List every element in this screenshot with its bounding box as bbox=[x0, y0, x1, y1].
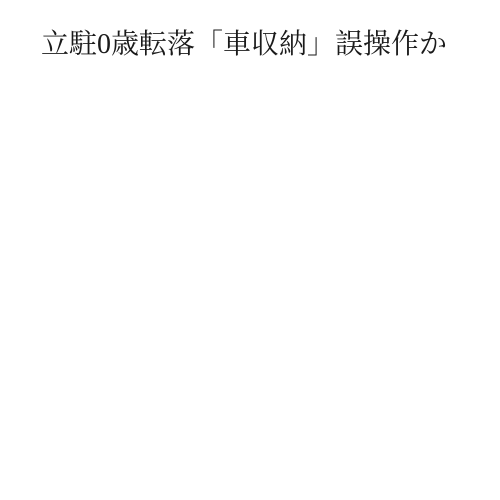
page-background: 立駐0歳転落「車収納」誤操作か bbox=[0, 0, 500, 500]
headline-text: 立駐0歳転落「車収納」誤操作か bbox=[41, 30, 447, 61]
